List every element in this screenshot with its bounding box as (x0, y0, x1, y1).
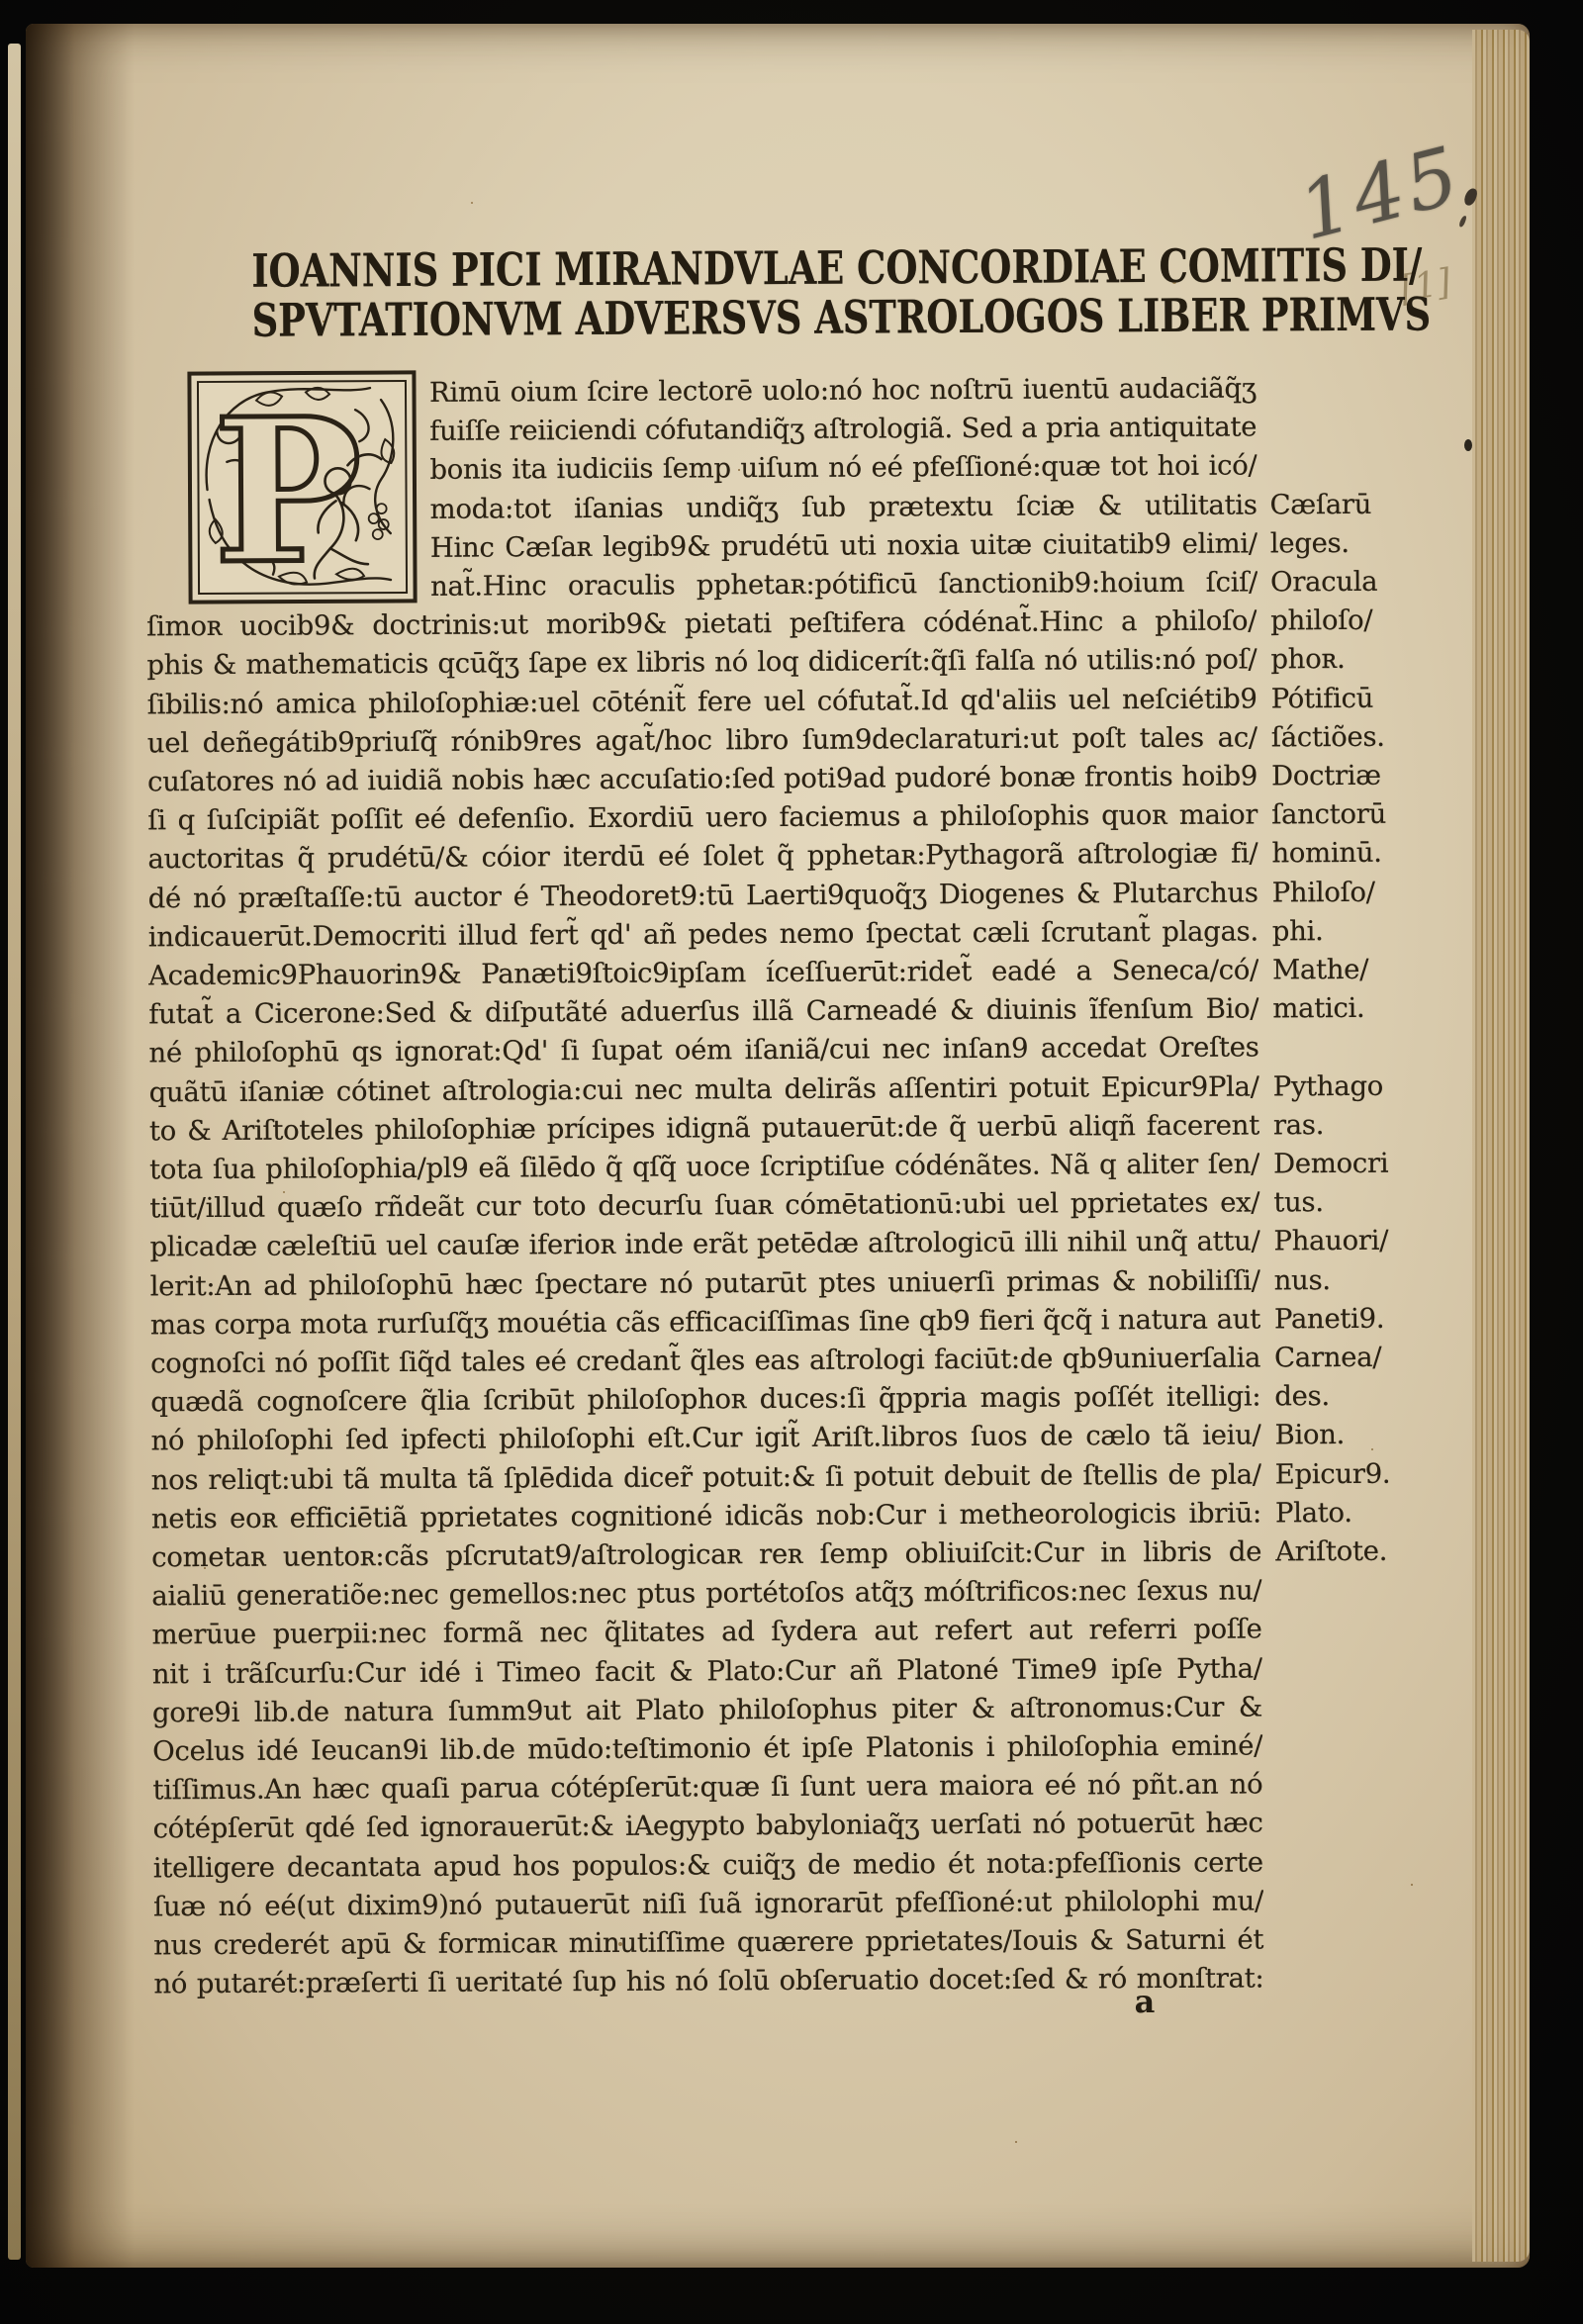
title-line-2: SPVTATIONVM ADVERSVS ASTROLOGOS LIBER PR… (251, 291, 1209, 345)
margin-note: hominū. (1271, 834, 1453, 875)
text-line-main: netis eoʀ efficiētiã pprietates cognitio… (151, 1494, 1261, 1539)
text-line-main: auctoritas q̃ prudétū/& cóior iterdū eé … (147, 835, 1257, 881)
margin-note: ſáctiões. (1271, 717, 1453, 758)
text-line-main: itelligere decantata apud hos populos:& … (153, 1843, 1263, 1889)
text-line-main: Academic9Phauorin9& Panæti9ſtoic9ipſam í… (148, 951, 1258, 996)
margin-note: Philoſo/ (1272, 873, 1454, 913)
text-line-main: ſimoʀ uocib9& doctrinis:ut morib9& pieta… (146, 603, 1257, 648)
text-line-main: nus crederét apū & formicaʀ minutiſſime … (153, 1920, 1263, 1966)
margin-note: Carnea/ (1274, 1338, 1456, 1378)
text-line-main: né philoſophū qs ignorat:Qd' ſi ſupat oé… (148, 1029, 1258, 1074)
margin-note: Ariſtote. (1275, 1532, 1457, 1572)
margin-note: Epicur9. (1275, 1454, 1457, 1495)
text-line-main: quãtū iſaniæ cótinet aſtrologia:cui nec … (149, 1068, 1259, 1113)
margin-note: Paneti9. (1274, 1299, 1456, 1340)
margin-note: Phauori/ (1273, 1222, 1455, 1262)
text-line-main: cognoſci nó poſſit ſiq̃d tales eé credan… (150, 1339, 1260, 1384)
margin-note: phi. (1272, 911, 1454, 952)
margin-note: ſanctorū (1271, 795, 1453, 836)
text-line-main: quædã cognoſcere q̃lia ſcribūt philoſoph… (150, 1378, 1260, 1424)
title-header: IOANNIS PICI MIRANDVLAE CONCORDIAE COMIT… (251, 241, 1210, 345)
text-line-main: cometaʀ uentoʀ:cãs pſcrutat9/aſtrologica… (151, 1533, 1261, 1578)
text-line-main: plicadæ cæleſtiū uel cauſæ iferioʀ inde … (149, 1223, 1259, 1268)
text-line-main: ſibilis:nó amica philoſophiæ:uel cōténit… (147, 680, 1257, 725)
text-line-main: ſuæ nó eé(ut dixim9)nó putauerūt niſi ſu… (153, 1882, 1263, 1927)
text-line-main: tiſſimus.An hæc quaſi parua cótépſerūt:q… (152, 1766, 1262, 1812)
text-line-main: nos reliqt:ubi tã multa tã ſplēdida dice… (151, 1455, 1261, 1501)
text-line-main: ſi q ſuſcipiãt poſſit eé defenſio. Exord… (147, 796, 1257, 842)
text-line-main: aialiū generatiõe:nec gemellos:nec ptus … (151, 1572, 1261, 1618)
margin-note: tus. (1273, 1183, 1455, 1224)
margin-note: Bion. (1274, 1416, 1456, 1456)
text-line-main: Hinc Cæſaʀ legib9& prudétū uti noxia uit… (430, 524, 1257, 568)
text-line-main: nit i trãſcurſu:Cur idé i Timeo facit & … (152, 1649, 1262, 1695)
margin-note: des. (1274, 1377, 1456, 1418)
margin-note: Democri (1273, 1144, 1455, 1184)
text-line-main: gore9i lib.de natura ſumm9ut ait Plato p… (152, 1688, 1262, 1733)
margin-note: nus. (1274, 1260, 1456, 1301)
margin-note: Cæſarū (1270, 485, 1452, 525)
quire-signature: a (1134, 1983, 1155, 2020)
margin-note: Pythago (1273, 1067, 1455, 1107)
margin-note: matici. (1272, 989, 1454, 1030)
margin-note: ras. (1273, 1105, 1455, 1146)
text-line-main: Rimū oium ſcire lectorē uolo:nó hoc noſt… (429, 369, 1257, 413)
text-line-main: futat̃ a Cicerone:Sed & diſputãté aduerſ… (148, 990, 1258, 1036)
margin-note: Oracula (1270, 562, 1452, 603)
text-line-main: nó philoſophi ſed ipfecti philoſophi eſt… (150, 1417, 1260, 1462)
margin-note: Pótificū (1271, 679, 1453, 719)
book-page: 145 [1] IOANNIS PICI MIRANDVLAE CONCORDI… (26, 24, 1530, 2268)
text-line-main: indicauerūt.Democriti illud fert̃ qd' añ… (148, 912, 1258, 958)
text-line-main: uel deñegátib9priuſq̃ rónib9res agat̃/ho… (147, 718, 1257, 764)
margin-note: Doctriæ (1271, 756, 1453, 796)
text-line-main: cuſatores nó ad iuidiã nobis hæc accuſat… (147, 757, 1257, 802)
text-line-main: tiūt/illud quæſo rñdeãt cur toto decurſu… (149, 1184, 1259, 1230)
text-line-main: dé nó præſtaſſe:tū auctor é Theodoret9:t… (148, 874, 1258, 919)
title-line-1: IOANNIS PICI MIRANDVLAE CONCORDIAE COMIT… (251, 241, 1209, 296)
photo-background: { "annotations": { "folio_number": "145"… (0, 0, 1583, 2324)
text-line-main: phis & mathematicis qcūq̃ʒ ſape ex libri… (146, 641, 1257, 687)
text-line-main: nat̃.Hinc oraculis pphetaʀ:pótificū ſanc… (430, 563, 1257, 606)
margin-note: phoʀ. (1270, 640, 1452, 681)
text-line: nó putarét:præſerti ſi ueritaté ſup his … (153, 1959, 1469, 2005)
text-line-main: tota ſua philoſophia/pl9 eã ſilēdo q̃ qſ… (149, 1145, 1259, 1190)
text-line-main: fuiſſe reiiciendi cófutandiq̃ʒ aſtrologi… (429, 409, 1257, 452)
margin-note: Plato. (1275, 1493, 1457, 1534)
text-line-main: moda:tot iſanias undiq̃ʒ ſub prætextu ſc… (430, 486, 1257, 529)
page-content: 145 [1] IOANNIS PICI MIRANDVLAE CONCORDI… (20, 20, 1536, 2272)
margin-note: philoſo/ (1270, 602, 1452, 642)
text-block: P R (145, 368, 1461, 375)
book-cover-edge (8, 44, 21, 2260)
text-line-main: bonis ita iudiciis ſemp uiſum nó eé pfeſ… (429, 447, 1257, 491)
text-line-main: mas corpa mota rurſuſq̃ʒ mouétia cãs eff… (150, 1300, 1260, 1346)
margin-note: Mathe/ (1272, 950, 1454, 990)
text-line-main: merūue puerpii:nec formã nec q̃litates a… (151, 1611, 1261, 1656)
text-line-main: nó putarét:præſerti ſi ueritaté ſup his … (153, 1960, 1263, 2005)
text-line-main: Ocelus idé Ieucan9i lib.de mūdo:teſtimon… (152, 1726, 1262, 1772)
text-line-main: cótépſerūt qdé ſed ignorauerūt:& iAegypt… (153, 1805, 1263, 1850)
text-line-main: to & Ariſtoteles philoſophiæ prícipes id… (149, 1106, 1259, 1152)
margin-note: leges. (1270, 523, 1452, 564)
text-line-main: lerit:An ad philoſophū hæc ſpectare nó p… (150, 1261, 1260, 1307)
